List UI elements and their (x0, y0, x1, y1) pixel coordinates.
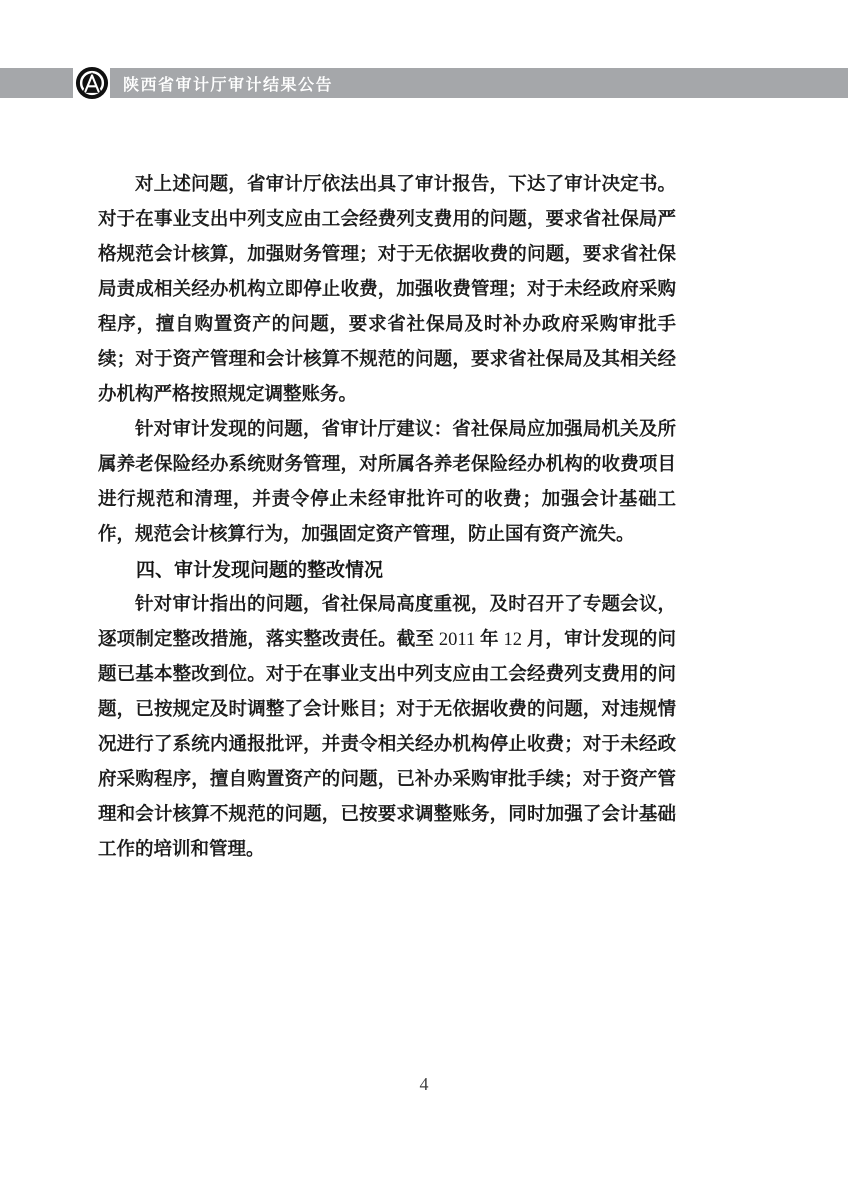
header-bar: 陕西省审计厅审计结果公告 (110, 68, 848, 98)
header-bar-left-segment (0, 68, 73, 98)
paragraph-rectification-status: 针对审计指出的问题，省社保局高度重视，及时召开了专题会议，逐项制定整改措施，落实… (98, 588, 676, 868)
section-heading-rectification: 四、审计发现问题的整改情况 (98, 553, 676, 588)
page-title: 陕西省审计厅审计结果公告 (110, 72, 333, 95)
rectification-text-mid: 年 (475, 630, 503, 650)
audit-logo-box (73, 64, 110, 101)
paragraph-audit-suggestion: 针对审计发现的问题，省审计厅建议：省社保局应加强局机关及所属养老保险经办系统财务… (98, 413, 676, 553)
page-number: 4 (0, 1074, 848, 1095)
audit-emblem-icon (75, 66, 109, 100)
rectification-text-rest: 月，审计发现的问题已基本整改到位。对于在事业支出中列支应由工会经费列支费用的问题… (98, 630, 676, 860)
rectification-month: 12 (503, 630, 522, 650)
paragraph-audit-decision: 对上述问题，省审计厅依法出具了审计报告，下达了审计决定书。对于在事业支出中列支应… (98, 168, 676, 413)
document-body: 对上述问题，省审计厅依法出具了审计报告，下达了审计决定书。对于在事业支出中列支应… (98, 168, 676, 868)
rectification-year: 2011 (439, 630, 475, 650)
